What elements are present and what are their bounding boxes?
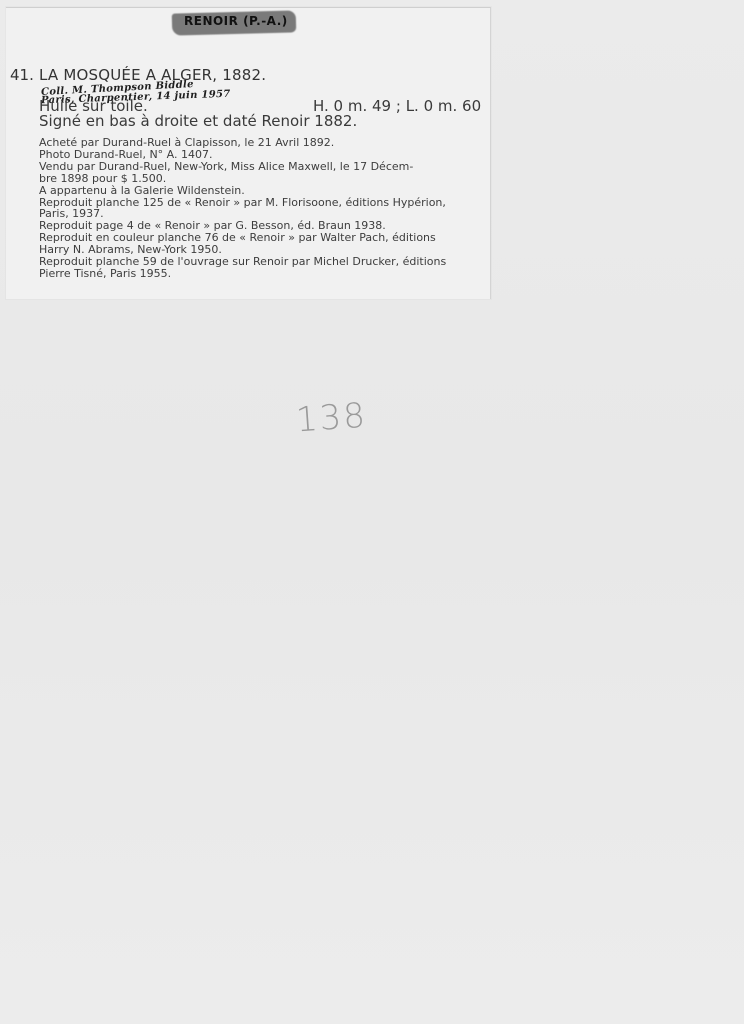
provenance-line: Reproduit planche 125 de « Renoir » par …: [39, 197, 477, 209]
pencil-page-number: 138: [295, 396, 369, 441]
provenance-line: Pierre Tisné, Paris 1955.: [39, 268, 477, 280]
provenance-line: Vendu par Durand-Ruel, New-York, Miss Al…: [39, 161, 477, 173]
provenance-list: Acheté par Durand-Ruel à Clapisson, le 2…: [39, 137, 477, 280]
provenance-line: bre 1898 pour $ 1.500.: [39, 173, 477, 185]
artist-label: RENOIR (P.-A.): [184, 14, 288, 28]
entry-number: 41.: [10, 66, 34, 84]
signature-note: Signé en bas à droite et daté Renoir 188…: [39, 112, 357, 130]
provenance-line: A appartenu à la Galerie Wildenstein.: [39, 185, 477, 197]
scanned-page: RENOIR (P.-A.) 41. LA MOSQUÉE A ALGER, 1…: [0, 0, 744, 1024]
